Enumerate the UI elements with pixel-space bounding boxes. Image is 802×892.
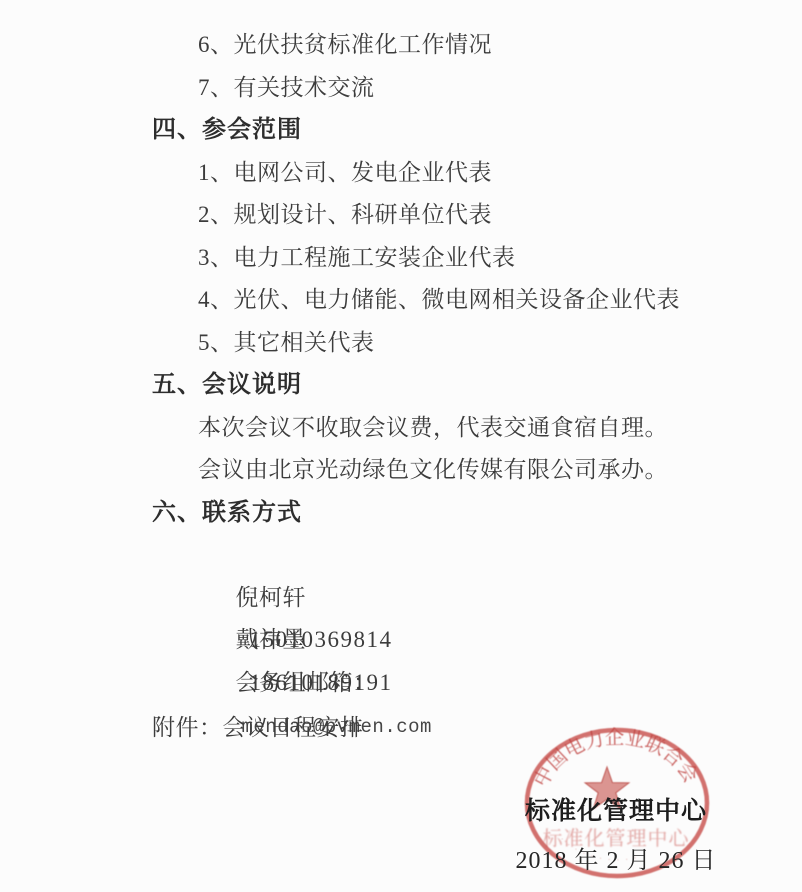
paragraph: 本次会议不收取会议费，代表交通食宿自理。 [0, 407, 802, 450]
agenda-item: 6、光伏扶贫标准化工作情况 [0, 24, 802, 67]
list-item: 4、光伏、电力储能、微电网相关设备企业代表 [0, 279, 802, 322]
document-body: 6、光伏扶贫标准化工作情况 7、有关技术交流 四、参会范围 1、电网公司、发电企… [0, 24, 802, 749]
contact-row: 戴祎墨 18610189191 [0, 577, 802, 620]
svg-text:中国电力企业联合会: 中国电力企业联合会 [529, 726, 702, 791]
list-item: 1、电网公司、发电企业代表 [0, 152, 802, 195]
department-name: 标准化管理中心 [498, 791, 734, 827]
paragraph: 会议由北京光动绿色文化传媒有限公司承办。 [0, 449, 802, 492]
contact-row: 倪柯轩 15010369814 [0, 534, 802, 577]
email-row: 会务组邮箱： mendao@pvmen.com [0, 619, 802, 662]
email-label: 会务组邮箱： [236, 670, 377, 695]
document-page: 6、光伏扶贫标准化工作情况 7、有关技术交流 四、参会范围 1、电网公司、发电企… [0, 0, 802, 892]
seal-ring-text: 中国电力企业联合会 [529, 726, 702, 791]
official-seal: 中国电力企业联合会 · · · · · · · · · · 标准化管理中心 标准… [498, 703, 734, 892]
section-heading: 五、会议说明 [0, 364, 802, 407]
section-heading: 六、联系方式 [0, 492, 802, 535]
agenda-item: 7、有关技术交流 [0, 67, 802, 110]
contact-name: 倪柯轩 [236, 585, 307, 610]
contact-name: 戴祎墨 [236, 627, 307, 652]
list-item: 5、其它相关代表 [0, 322, 802, 365]
document-date: 2018 年 2 月 26 日 [498, 840, 734, 875]
list-item: 3、电力工程施工安装企业代表 [0, 237, 802, 280]
list-item: 2、规划设计、科研单位代表 [0, 194, 802, 237]
section-heading: 四、参会范围 [0, 109, 802, 152]
